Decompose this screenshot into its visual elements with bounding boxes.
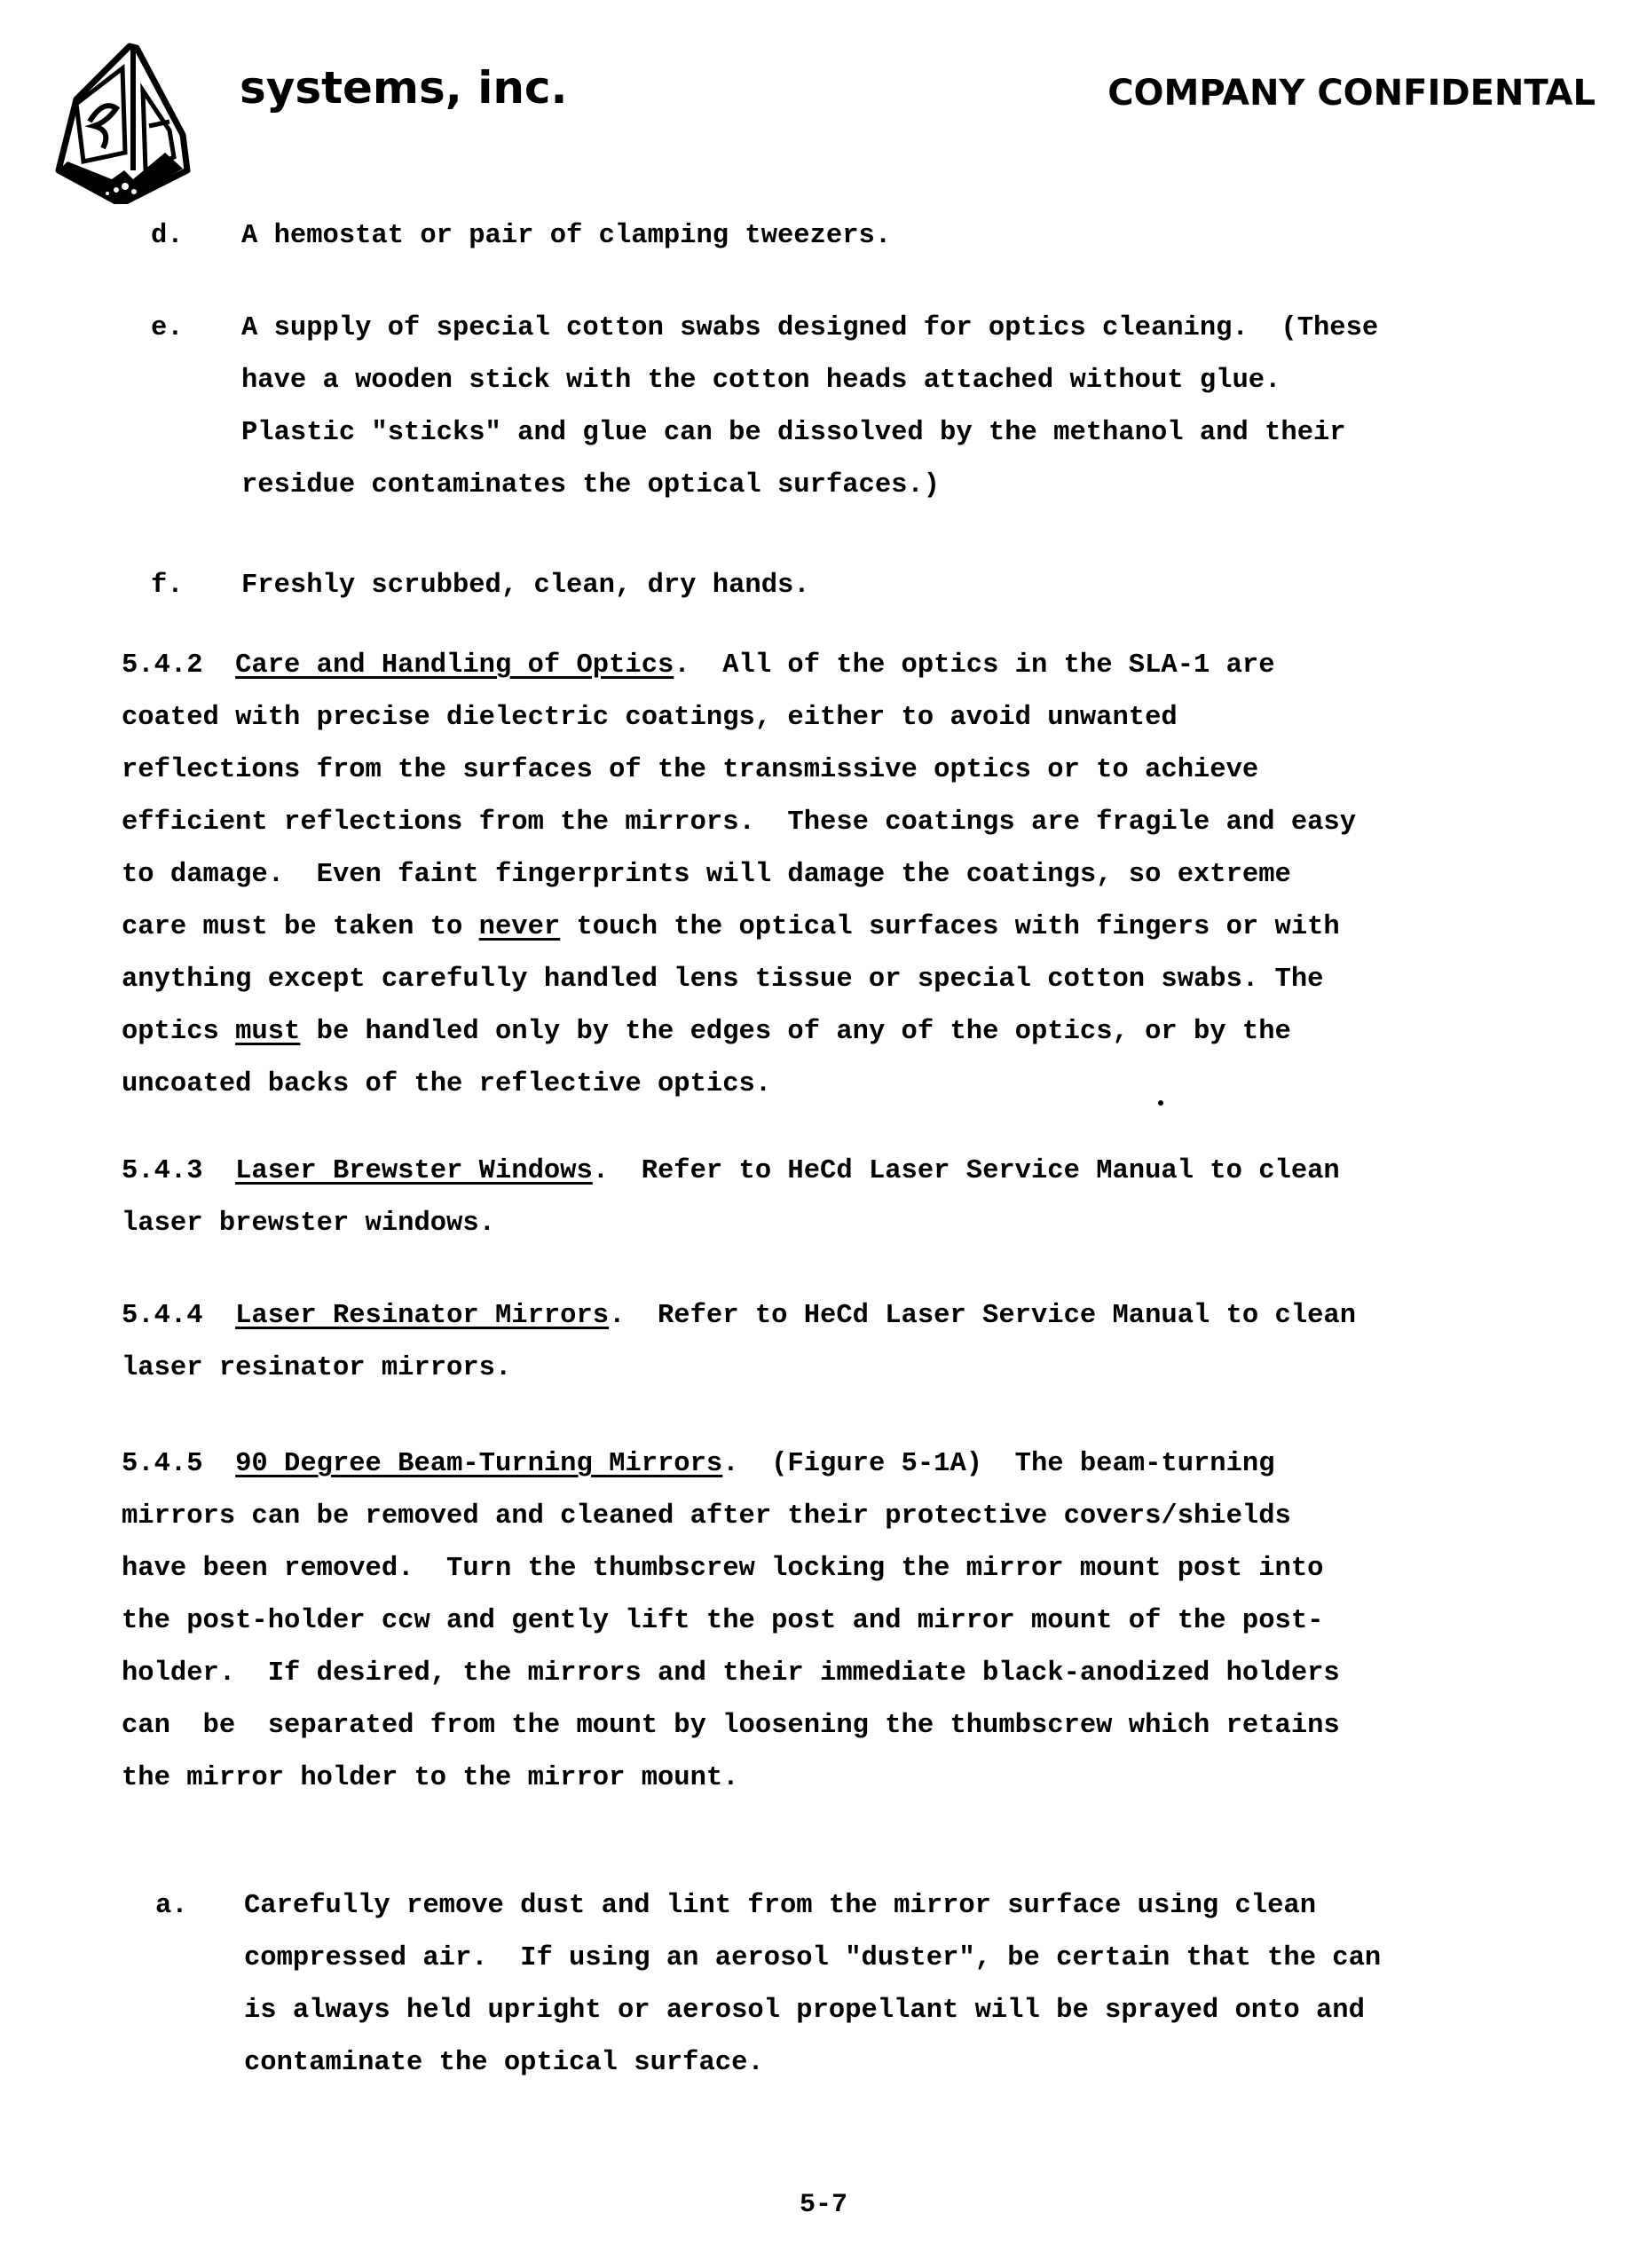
emphasis-underline: never bbox=[479, 912, 561, 942]
section-line: can be separated from the mount by loose… bbox=[122, 1710, 1340, 1742]
section-line: efficient reflections from the mirrors. … bbox=[122, 807, 1356, 839]
section-number: 5.4.2 bbox=[122, 650, 235, 681]
list-item-label: f. bbox=[151, 570, 184, 602]
document-page: systems, inc. COMPANY CONFIDENTAL d.A he… bbox=[0, 0, 1647, 2268]
scan-speck bbox=[1158, 1100, 1163, 1106]
section-line: optics must be handled only by the edges… bbox=[122, 1016, 1291, 1048]
section-line: care must be taken to never touch the op… bbox=[122, 911, 1340, 943]
text-run: care must be taken to bbox=[122, 912, 479, 942]
section-line: the post-holder ccw and gently lift the … bbox=[122, 1605, 1323, 1637]
section-line: anything except carefully handled lens t… bbox=[122, 964, 1323, 996]
section-number: 5.4.3 bbox=[122, 1156, 235, 1186]
section-line: laser brewster windows. bbox=[122, 1208, 495, 1240]
section-heading-line: 5.4.5 90 Degree Beam-Turning Mirrors. (F… bbox=[122, 1448, 1275, 1480]
emphasis-underline: must bbox=[235, 1017, 300, 1047]
section-line: have been removed. Turn the thumbscrew l… bbox=[122, 1553, 1323, 1585]
list-item-label: d. bbox=[151, 220, 184, 252]
text-run: touch the optical surfaces with fingers … bbox=[560, 912, 1340, 942]
section-heading-line: 5.4.3 Laser Brewster Windows. Refer to H… bbox=[122, 1155, 1340, 1187]
section-heading-line: 5.4.2 Care and Handling of Optics. All o… bbox=[122, 650, 1275, 681]
list-item-line: Freshly scrubbed, clean, dry hands. bbox=[241, 570, 810, 602]
section-number: 5.4.4 bbox=[122, 1301, 235, 1331]
section-title: Laser Resinator Mirrors bbox=[235, 1301, 609, 1331]
list-item-line: Plastic "sticks" and glue can be dissolv… bbox=[241, 417, 1346, 449]
text-run: optics bbox=[122, 1017, 235, 1047]
list-item-line: compressed air. If using an aerosol "dus… bbox=[244, 1942, 1381, 1974]
section-text: . Refer to HeCd Laser Service Manual to … bbox=[609, 1301, 1356, 1331]
section-line: holder. If desired, the mirrors and thei… bbox=[122, 1658, 1340, 1689]
section-line: to damage. Even faint fingerprints will … bbox=[122, 859, 1291, 891]
list-item-line: A hemostat or pair of clamping tweezers. bbox=[241, 220, 891, 252]
section-text: . All of the optics in the SLA-1 are bbox=[674, 650, 1274, 681]
section-text: . (Figure 5-1A) The beam-turning bbox=[722, 1449, 1274, 1479]
list-item-label: e. bbox=[151, 312, 184, 344]
text-run: be handled only by the edges of any of t… bbox=[300, 1017, 1290, 1047]
section-title: 90 Degree Beam-Turning Mirrors bbox=[235, 1449, 722, 1479]
section-heading-line: 5.4.4 Laser Resinator Mirrors. Refer to … bbox=[122, 1300, 1356, 1332]
section-line: laser resinator mirrors. bbox=[122, 1352, 511, 1384]
list-item-line: Carefully remove dust and lint from the … bbox=[244, 1890, 1316, 1922]
company-name: systems, inc. bbox=[240, 62, 568, 114]
section-number: 5.4.5 bbox=[122, 1449, 235, 1479]
section-line: reflections from the surfaces of the tra… bbox=[122, 754, 1258, 786]
3d-systems-cube-logo-icon bbox=[41, 37, 201, 204]
list-item-label: a. bbox=[155, 1890, 188, 1922]
confidentiality-label: COMPANY CONFIDENTAL bbox=[1107, 73, 1596, 114]
section-line: uncoated backs of the reflective optics. bbox=[122, 1068, 771, 1100]
list-item-line: contaminate the optical surface. bbox=[244, 2047, 764, 2079]
section-line: the mirror holder to the mirror mount. bbox=[122, 1762, 739, 1794]
section-line: coated with precise dielectric coatings,… bbox=[122, 702, 1178, 734]
page-number: 5-7 bbox=[0, 2190, 1647, 2220]
list-item-line: is always held upright or aerosol propel… bbox=[244, 1995, 1365, 2027]
list-item-line: A supply of special cotton swabs designe… bbox=[241, 312, 1378, 344]
section-line: mirrors can be removed and cleaned after… bbox=[122, 1500, 1291, 1532]
section-title: Care and Handling of Optics bbox=[235, 650, 674, 681]
section-title: Laser Brewster Windows bbox=[235, 1156, 593, 1186]
list-item-line: have a wooden stick with the cotton head… bbox=[241, 365, 1281, 397]
list-item-line: residue contaminates the optical surface… bbox=[241, 469, 940, 501]
section-text: . Refer to HeCd Laser Service Manual to … bbox=[593, 1156, 1340, 1186]
